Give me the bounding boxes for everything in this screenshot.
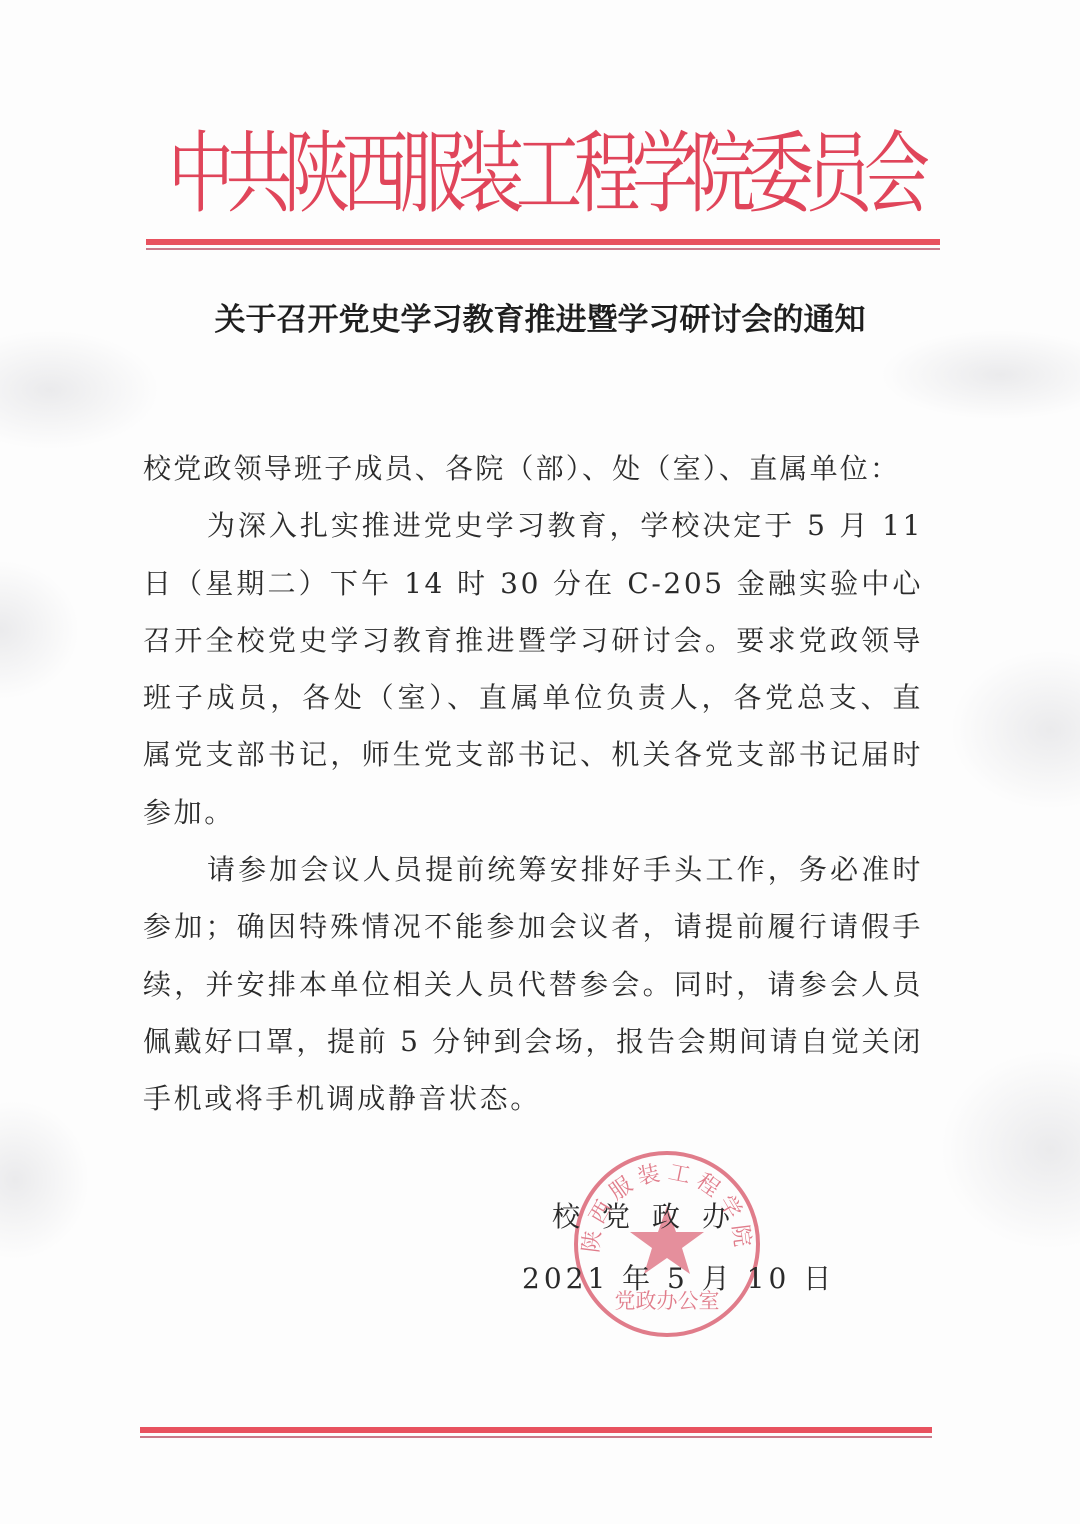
body-paragraph-1: 为深入扎实推进党史学习教育，学校决定于 5 月 11 日（星期二）下午 14 时… [143, 497, 923, 841]
letterhead-divider [146, 239, 940, 250]
divider-thin-line [140, 1436, 932, 1438]
letterhead-organization: 中共陕西服装工程学院委员会 [168, 130, 922, 219]
divider-thick-line [140, 1427, 932, 1433]
document-title: 关于召开党史学习教育推进暨学习研讨会的通知 [140, 294, 940, 339]
issue-date: 2021 年 5 月 10 日 [522, 1257, 835, 1297]
footer-divider [140, 1427, 932, 1438]
issuer-name: 校党政办 [552, 1195, 752, 1235]
divider-thick-line [146, 239, 940, 245]
document-body: 校党政领导班子成员、各院（部）、处（室）、直属单位： 为深入扎实推进党史学习教育… [143, 440, 923, 1128]
scan-artifact [880, 330, 1080, 420]
scan-artifact [950, 650, 1080, 810]
scan-artifact [0, 560, 80, 700]
official-seal-icon: 陕西服装工程学院 党政办公室 [572, 1148, 762, 1340]
salutation: 校党政领导班子成员、各院（部）、处（室）、直属单位： [143, 440, 923, 497]
divider-thin-line [146, 248, 940, 250]
scan-artifact [0, 330, 160, 450]
scan-artifact [940, 1050, 1080, 1250]
scan-artifact [0, 1100, 90, 1260]
letterhead: 中共陕西服装工程学院委员会 [150, 118, 940, 228]
body-paragraph-2: 请参加会议人员提前统筹安排好手头工作，务必准时参加；确因特殊情况不能参加会议者，… [143, 841, 923, 1127]
